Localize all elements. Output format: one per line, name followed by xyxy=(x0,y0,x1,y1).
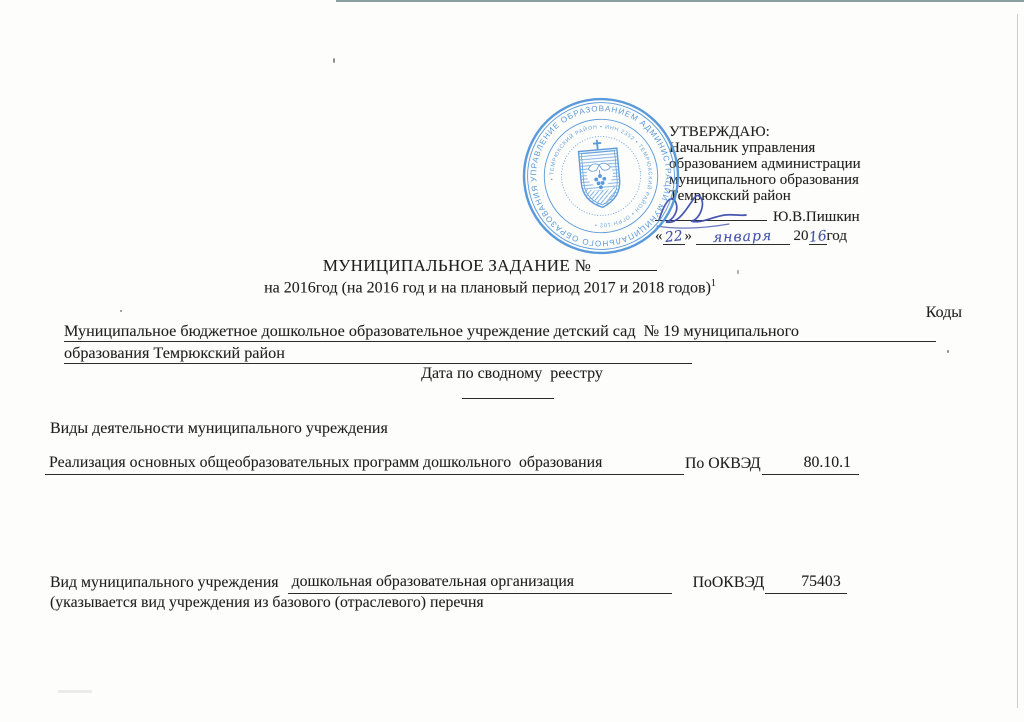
document-subtitle-row: на 2016год (на 2016 год и на плановый пе… xyxy=(0,278,980,297)
activity-value: Реализация основных общеобразовательных … xyxy=(45,454,684,475)
scan-edge-line-top xyxy=(336,0,1024,2)
registry-date-label: Дата по сводному реестру xyxy=(0,365,1024,383)
stamp-coat-of-arms xyxy=(578,138,622,209)
codes-label: Коды xyxy=(926,304,962,322)
institution-okved-blank xyxy=(765,573,795,594)
shield-cross-icon xyxy=(593,139,602,150)
institution-okved-code: 75403 xyxy=(795,573,847,594)
scan-speck xyxy=(947,350,949,353)
title-number-blank xyxy=(599,257,657,271)
institution-okved-label: ПоОКВЭД xyxy=(692,574,766,594)
approval-date-row: «22» января 2016год xyxy=(655,228,985,248)
organization-name-line1: Муниципальное бюджетное дошкольное образ… xyxy=(64,322,936,342)
activity-okved-label: По ОКВЭД xyxy=(684,455,762,475)
institution-footnote: (указывается вид учреждения из базового … xyxy=(50,594,484,612)
institution-type-value: дошкольная образовательная организация xyxy=(288,573,672,594)
year-word: год xyxy=(827,228,847,244)
approval-heading: УТВЕРЖДАЮ: xyxy=(655,124,985,140)
date-month-slot: января xyxy=(696,229,790,245)
institution-type-label: Вид муниципального учреждения xyxy=(50,574,279,594)
approval-line: муниципального образования xyxy=(655,172,985,188)
scanned-document-page: УПРАВЛЕНИЕ ОБРАЗОВАНИЕМ АДМИНИСТРАЦИИ МУ… xyxy=(0,0,1024,722)
handwritten-month: января xyxy=(713,228,773,246)
document-subtitle: на 2016год (на 2016 год и на плановый пе… xyxy=(264,279,711,296)
organization-name-line2: образования Темрюкский район xyxy=(64,344,692,364)
registry-date-blank-line xyxy=(462,385,554,399)
document-title-row: МУНИЦИПАЛЬНОЕ ЗАДАНИЕ № xyxy=(0,256,980,276)
scan-speck xyxy=(333,58,335,63)
official-round-stamp: УПРАВЛЕНИЕ ОБРАЗОВАНИЕМ АДМИНИСТРАЦИИ МУ… xyxy=(513,88,689,264)
approval-line: образованием администрации xyxy=(655,156,985,172)
institution-type-row: Вид муниципального учреждениядошкольная … xyxy=(50,573,847,593)
scan-smudge xyxy=(58,690,92,693)
approval-line: Начальник управления xyxy=(655,140,985,156)
year-printed: 20 xyxy=(794,228,809,244)
activity-okved-code: 80.10.1 xyxy=(800,454,859,475)
activity-okved-blank xyxy=(762,454,800,475)
activity-row: Реализация основных общеобразовательных … xyxy=(45,454,859,474)
footnote-reference: 1 xyxy=(711,278,716,289)
activities-heading: Виды деятельности муниципального учрежде… xyxy=(50,420,388,438)
scan-speck xyxy=(120,310,122,312)
handwritten-year: 16 xyxy=(808,228,828,246)
date-year-slot: 16 xyxy=(809,229,827,245)
scan-edge-line-right xyxy=(1017,14,1018,708)
